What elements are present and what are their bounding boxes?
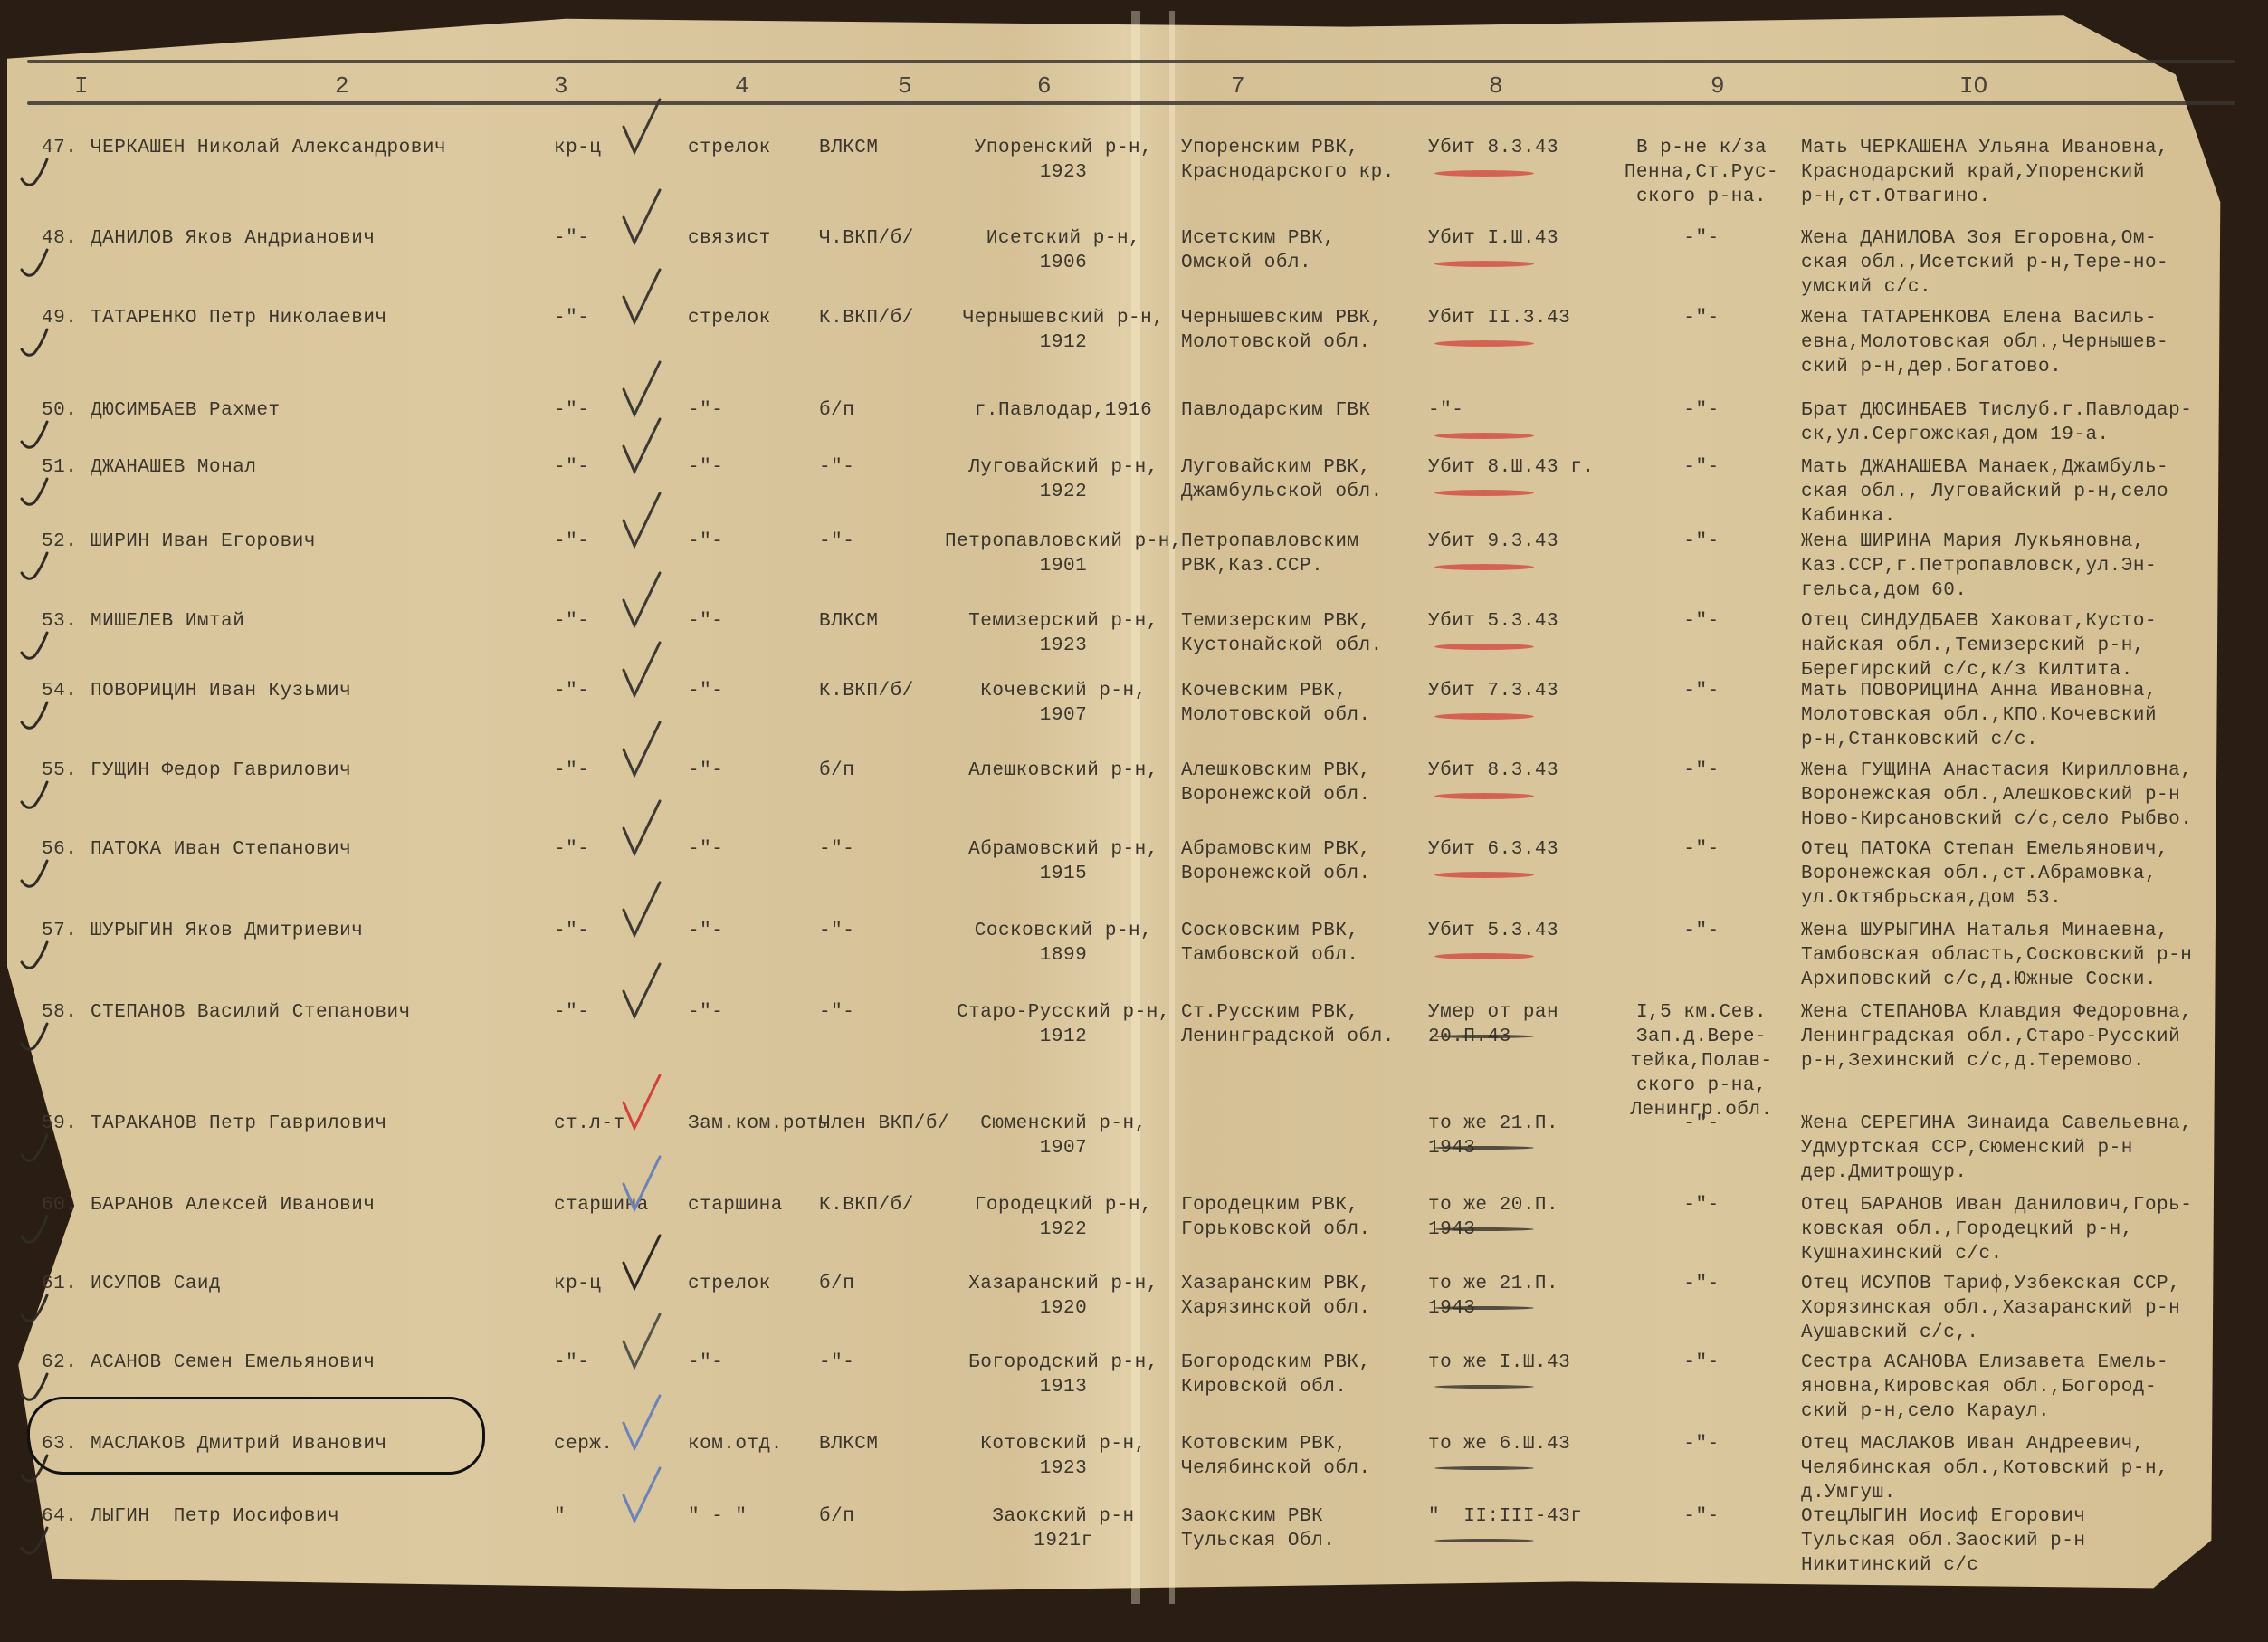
- military-rank: -"-: [554, 919, 589, 943]
- check-mark-icon: [620, 1157, 665, 1211]
- burial-place-line: -"-: [1606, 306, 1796, 330]
- position: -"-: [688, 837, 723, 862]
- position: -"-: [688, 398, 723, 423]
- military-rank: ": [554, 1504, 566, 1529]
- next-of-kin: Мать ПОВОРИЦИНА Анна Ивановна,Молотовска…: [1801, 679, 2157, 752]
- party-membership: -"-: [819, 1000, 854, 1025]
- burial-place-line: -"-: [1606, 837, 1796, 862]
- draft-office: Павлодарским ГВК: [1181, 398, 1371, 423]
- military-rank: -"-: [554, 398, 589, 423]
- next-of-kin-line: Аушавский с/с,.: [1801, 1321, 2180, 1345]
- birthplace-year-line: 1920: [941, 1296, 1186, 1321]
- draft-office-line: Заокским РВК: [1181, 1504, 1335, 1529]
- check-mark-icon: [620, 643, 665, 697]
- position: стрелок: [688, 306, 771, 330]
- next-of-kin-line: умский с/с.: [1801, 275, 2168, 300]
- draft-office: Ст.Русским РВК,Ленинградской обл.: [1181, 1000, 1395, 1049]
- next-of-kin-line: Кушнахинский с/с.: [1801, 1242, 2192, 1266]
- red-pencil-underline: [1434, 793, 1534, 799]
- margin-tick-icon: [18, 416, 54, 453]
- next-of-kin-line: найская обл.,Темизерский р-н,: [1801, 634, 2157, 658]
- military-rank: -"-: [554, 226, 589, 251]
- fate-date-line: Убит II.3.43: [1428, 306, 1570, 330]
- birthplace-year-line: Богородский р-н,: [941, 1351, 1186, 1375]
- birthplace-year-line: 1901: [941, 554, 1186, 578]
- header-top-rule: [27, 60, 2235, 63]
- military-rank: -"-: [554, 837, 589, 862]
- next-of-kin: Жена ТАТАРЕНКОВА Елена Василь-евна,Молот…: [1801, 306, 2168, 379]
- check-mark-icon: [620, 190, 665, 244]
- next-of-kin-line: Мать ЧЕРКАШЕНА Ульяна Ивановна,: [1801, 136, 2168, 160]
- next-of-kin: Жена ГУЩИНА Анастасия Кирилловна,Воронеж…: [1801, 759, 2192, 832]
- burial-place-line: -"-: [1606, 679, 1796, 703]
- draft-office: Исетским РВК,Омской обл.: [1181, 226, 1335, 275]
- check-mark-icon: [620, 964, 665, 1018]
- column-header: 6: [1037, 72, 1052, 100]
- birthplace-year-line: Котовский р-н,: [941, 1432, 1186, 1456]
- next-of-kin-line: ул.Октябрьская,дом 53.: [1801, 886, 2168, 911]
- burial-place-line: -"-: [1606, 226, 1796, 251]
- next-of-kin-line: Воронежская обл.,ст.Абрамовка,: [1801, 862, 2168, 886]
- draft-office: Абрамовским РВК,Воронежской обл.: [1181, 837, 1371, 886]
- next-of-kin-line: Челябинская обл.,Котовский р-н,: [1801, 1456, 2168, 1481]
- fate-date: Убит II.3.43: [1428, 306, 1570, 330]
- draft-office: Котовским РВК,Челябинской обл.: [1181, 1432, 1371, 1481]
- burial-place: -"-: [1606, 398, 1796, 423]
- birthplace-year: Сюменский р-н,1907: [941, 1112, 1186, 1160]
- draft-office-line: Павлодарским ГВК: [1181, 398, 1371, 423]
- pencil-underline: [1434, 1466, 1534, 1470]
- draft-office-line: Абрамовским РВК,: [1181, 837, 1371, 862]
- military-rank: -"-: [554, 759, 589, 783]
- soldier-name: СТЕПАНОВ Василий Степанович: [91, 1000, 411, 1025]
- position: -"-: [688, 759, 723, 783]
- fate-date-line: Убит 8.3.43: [1428, 759, 1558, 783]
- draft-office: Хазаранским РВК,Харязинской обл.: [1181, 1272, 1371, 1321]
- soldier-name: ШУРЫГИН Яков Дмитриевич: [91, 919, 363, 943]
- next-of-kin: Отец СИНДУДБАЕВ Хаковат,Кусто-найская об…: [1801, 609, 2157, 683]
- next-of-kin-line: р-н,ст.Отвагино.: [1801, 185, 2168, 209]
- burial-place-line: ского р-на.: [1606, 185, 1796, 209]
- draft-office-line: Джамбульской обл.: [1181, 480, 1383, 504]
- burial-place: В р-не к/заПенна,Ст.Рус-ского р-на.: [1606, 136, 1796, 209]
- burial-place-line: Пенна,Ст.Рус-: [1606, 160, 1796, 185]
- party-membership: -"-: [819, 919, 854, 943]
- position: -"-: [688, 455, 723, 480]
- birthplace-year: Чернышевский р-н,1912: [941, 306, 1186, 355]
- burial-place-line: -"-: [1606, 530, 1796, 554]
- birthplace-year-line: 1907: [941, 1136, 1186, 1160]
- red-pencil-underline: [1434, 261, 1534, 267]
- next-of-kin-line: ск,ул.Сергожская,дом 19-а.: [1801, 423, 2192, 447]
- soldier-name: ИСУПОВ Саид: [91, 1272, 221, 1296]
- next-of-kin: Мать ДЖАНАШЕВА Манаек,Джамбуль-ская обл.…: [1801, 455, 2168, 529]
- next-of-kin-line: Жена ДАНИЛОВА Зоя Егоровна,Ом-: [1801, 226, 2168, 251]
- draft-office: Заокским РВКТульская Обл.: [1181, 1504, 1335, 1553]
- check-mark-icon: [620, 1075, 665, 1130]
- birthplace-year: Упоренский р-н,1923: [941, 136, 1186, 185]
- next-of-kin-line: Воронежская обл.,Алешковский р-н: [1801, 783, 2192, 807]
- column-header: 5: [898, 72, 912, 100]
- draft-office-line: Упоренским РВК,: [1181, 136, 1395, 160]
- burial-place-line: I,5 км.Сев.: [1606, 1000, 1796, 1025]
- next-of-kin: Отец БАРАНОВ Иван Данилович,Горь-ковская…: [1801, 1193, 2192, 1266]
- draft-office-line: Темизерским РВК,: [1181, 609, 1383, 634]
- draft-office-line: Алешковским РВК,: [1181, 759, 1371, 783]
- soldier-name: ЛЫГИН Петр Иосифович: [91, 1504, 339, 1529]
- fate-date-line: Убит 5.3.43: [1428, 919, 1558, 943]
- draft-office-line: Чернышевским РВК,: [1181, 306, 1383, 330]
- draft-office-line: Ст.Русским РВК,: [1181, 1000, 1395, 1025]
- next-of-kin-line: Никитинский с/с: [1801, 1553, 2085, 1578]
- burial-place-line: -"-: [1606, 1193, 1796, 1217]
- soldier-name: ДАНИЛОВ Яков Андрианович: [91, 226, 375, 251]
- fate-date-line: Убит 8.Ш.43 г.: [1428, 455, 1594, 480]
- fate-date-line: Убит 8.3.43: [1428, 136, 1558, 160]
- soldier-name: ПОВОРИЦИН Иван Кузьмич: [91, 679, 351, 703]
- margin-tick-icon: [18, 1211, 54, 1247]
- next-of-kin-line: Удмуртская ССР,Сюменский р-н: [1801, 1136, 2192, 1160]
- check-mark-icon: [620, 883, 665, 937]
- draft-office-line: Молотовской обл.: [1181, 703, 1371, 728]
- margin-tick-icon: [18, 473, 54, 510]
- birthplace-year: Хазаранский р-н,1920: [941, 1272, 1186, 1321]
- fate-date-line: то же 6.Ш.43: [1428, 1432, 1570, 1456]
- next-of-kin-line: ская обл., Луговайский р-н,село: [1801, 480, 2168, 504]
- soldier-name: БАРАНОВ Алексей Иванович: [91, 1193, 375, 1217]
- position: старшина: [688, 1193, 783, 1217]
- fate-date: Убит 8.3.43: [1428, 136, 1558, 160]
- burial-place: -"-: [1606, 455, 1796, 480]
- party-membership: -"-: [819, 455, 854, 480]
- next-of-kin: Отец МАСЛАКОВ Иван Андреевич,Челябинская…: [1801, 1432, 2168, 1505]
- burial-place: -"-: [1606, 919, 1796, 943]
- birthplace-year-line: Луговайский р-н,: [941, 455, 1186, 480]
- burial-place: I,5 км.Сев.Зап.д.Вере-тейка,Полав-ского …: [1606, 1000, 1796, 1122]
- next-of-kin-line: Отец ПАТОКА Степан Емельянович,: [1801, 837, 2168, 862]
- column-header: 8: [1489, 72, 1503, 100]
- next-of-kin-line: Отец ИСУПОВ Тариф,Узбекская ССР,: [1801, 1272, 2180, 1296]
- burial-place-line: Зап.д.Вере-: [1606, 1025, 1796, 1049]
- header-bottom-rule: [27, 101, 2235, 105]
- check-mark-icon: [620, 362, 665, 416]
- margin-tick-icon: [18, 1290, 54, 1326]
- position: -"-: [688, 1351, 723, 1375]
- draft-office: Упоренским РВК,Краснодарского кр.: [1181, 136, 1395, 185]
- margin-tick-icon: [18, 937, 54, 973]
- next-of-kin-line: Жена ГУЩИНА Анастасия Кирилловна,: [1801, 759, 2192, 783]
- next-of-kin-line: Хорязинская обл.,Хазаранский р-н: [1801, 1296, 2180, 1321]
- burial-place: -"-: [1606, 1432, 1796, 1456]
- birthplace-year: Исетский р-н,1906: [941, 226, 1186, 275]
- next-of-kin: Жена СЕРЕГИНА Зинаида Савельевна,Удмуртс…: [1801, 1112, 2192, 1185]
- military-rank: кр-ц: [554, 1272, 601, 1296]
- next-of-kin-line: евна,Молотовская обл.,Чернышев-: [1801, 330, 2168, 355]
- birthplace-year-line: 1915: [941, 862, 1186, 886]
- check-mark-icon: [620, 419, 665, 473]
- birthplace-year-line: 1913: [941, 1375, 1186, 1399]
- pencil-underline: [1434, 1306, 1534, 1310]
- draft-office-line: Омской обл.: [1181, 251, 1335, 275]
- red-pencil-underline: [1434, 170, 1534, 177]
- position: стрелок: [688, 136, 771, 160]
- fate-date-line: Убит 5.3.43: [1428, 609, 1558, 634]
- burial-place-line: -"-: [1606, 609, 1796, 634]
- birthplace-year-line: Заокский р-н: [941, 1504, 1186, 1529]
- soldier-name: ТАТАРЕНКО Петр Николаевич: [91, 306, 387, 330]
- party-membership: б/п: [819, 759, 854, 783]
- birthplace-year-line: 1906: [941, 251, 1186, 275]
- next-of-kin-line: Ново-Кирсановский с/с,село Рыбво.: [1801, 807, 2192, 832]
- birthplace-year-line: Сюменский р-н,: [941, 1112, 1186, 1136]
- pencil-underline: [1434, 1146, 1534, 1150]
- draft-office: Кочевским РВК,Молотовской обл.: [1181, 679, 1371, 728]
- next-of-kin-line: Краснодарский край,Упоренский: [1801, 160, 2168, 185]
- military-rank: -"-: [554, 1000, 589, 1025]
- fate-date: Убит I.Ш.43: [1428, 226, 1558, 251]
- fate-date: Убит 8.3.43: [1428, 759, 1558, 783]
- fate-date: Убит 7.3.43: [1428, 679, 1558, 703]
- birthplace-year-line: 1922: [941, 480, 1186, 504]
- next-of-kin-line: ОтецЛЫГИН Иосиф Егорович: [1801, 1504, 2085, 1529]
- burial-place-line: -"-: [1606, 1432, 1796, 1456]
- military-rank: серж.: [554, 1432, 614, 1456]
- draft-office: Луговайским РВК,Джамбульской обл.: [1181, 455, 1383, 504]
- red-pencil-underline: [1434, 340, 1534, 347]
- fate-date-line: Убит 6.3.43: [1428, 837, 1558, 862]
- draft-office-line: Луговайским РВК,: [1181, 455, 1383, 480]
- birthplace-year: Луговайский р-н,1922: [941, 455, 1186, 504]
- next-of-kin-line: Тамбовская область,Сосковский р-н: [1801, 943, 2192, 968]
- check-mark-icon: [620, 801, 665, 855]
- birthplace-year-line: 1912: [941, 330, 1186, 355]
- draft-office-line: Воронежской обл.: [1181, 862, 1371, 886]
- next-of-kin-line: Жена ТАТАРЕНКОВА Елена Василь-: [1801, 306, 2168, 330]
- position: ком.отд.: [688, 1432, 783, 1456]
- fate-date-line: то же 21.П.: [1428, 1272, 1558, 1296]
- fate-date: Убит 8.Ш.43 г.: [1428, 455, 1594, 480]
- party-membership: ВЛКСМ: [819, 609, 879, 634]
- check-mark-icon: [620, 100, 665, 154]
- column-header: 2: [335, 72, 349, 100]
- column-header: 7: [1231, 72, 1245, 100]
- fate-date-line: то же 21.П.: [1428, 1112, 1558, 1136]
- military-rank: -"-: [554, 455, 589, 480]
- burial-place: -"-: [1606, 1193, 1796, 1217]
- column-header: 4: [735, 72, 749, 100]
- birthplace-year: Городецкий р-н,1922: [941, 1193, 1186, 1242]
- draft-office-line: РВК,Каз.ССР.: [1181, 554, 1359, 578]
- birthplace-year: Старо-Русский р-н,1912: [941, 1000, 1186, 1049]
- next-of-kin-line: яновна,Кировская обл.,Богород-: [1801, 1375, 2168, 1399]
- position: -"-: [688, 1000, 723, 1025]
- pencil-underline: [1434, 1227, 1534, 1231]
- birthplace-year-line: 1899: [941, 943, 1186, 968]
- next-of-kin: Брат ДЮСИНБАЕВ Тислуб.г.Павлодар-ск,ул.С…: [1801, 398, 2192, 447]
- red-pencil-underline: [1434, 433, 1534, 439]
- next-of-kin-line: ковская обл.,Городецкий р-н,: [1801, 1217, 2192, 1242]
- fate-date-line: Убит I.Ш.43: [1428, 226, 1558, 251]
- draft-office-line: Кочевским РВК,: [1181, 679, 1371, 703]
- birthplace-year-line: г.Павлодар,1916: [941, 398, 1186, 423]
- check-mark-icon: [620, 1314, 665, 1369]
- military-rank: -"-: [554, 530, 589, 554]
- margin-tick-icon: [18, 697, 54, 733]
- next-of-kin-line: Брат ДЮСИНБАЕВ Тислуб.г.Павлодар-: [1801, 398, 2192, 423]
- position: -"-: [688, 530, 723, 554]
- position: -"-: [688, 919, 723, 943]
- fate-date: -"-: [1428, 398, 1463, 423]
- draft-office-line: Горьковской обл.: [1181, 1217, 1371, 1242]
- fate-date: то же 6.Ш.43: [1428, 1432, 1570, 1456]
- margin-tick-icon: [18, 1130, 54, 1166]
- birthplace-year: Абрамовский р-н,1915: [941, 837, 1186, 886]
- fate-date-line: Убит 7.3.43: [1428, 679, 1558, 703]
- birthplace-year-line: 1921г: [941, 1529, 1186, 1553]
- party-membership: б/п: [819, 1272, 854, 1296]
- position: " - ": [688, 1504, 748, 1529]
- check-mark-icon: [620, 722, 665, 777]
- burial-place: -"-: [1606, 1351, 1796, 1375]
- next-of-kin-line: Отец СИНДУДБАЕВ Хаковат,Кусто-: [1801, 609, 2157, 634]
- draft-office: Сосковским РВК,Тамбовской обл.: [1181, 919, 1359, 968]
- next-of-kin-line: ская обл.,Исетский р-н,Тере-но-: [1801, 251, 2168, 275]
- margin-tick-icon: [18, 1018, 54, 1055]
- draft-office-line: Исетским РВК,: [1181, 226, 1335, 251]
- party-membership: Член ВКП/б/: [819, 1112, 949, 1136]
- fate-date: то же 21.П.1943: [1428, 1272, 1558, 1321]
- draft-office-line: Харязинской обл.: [1181, 1296, 1371, 1321]
- soldier-name: ПАТОКА Иван Степанович: [91, 837, 351, 862]
- burial-place: -"-: [1606, 1504, 1796, 1529]
- next-of-kin: Отец ПАТОКА Степан Емельянович,Воронежск…: [1801, 837, 2168, 911]
- draft-office-line: Челябинской обл.: [1181, 1456, 1371, 1481]
- birthplace-year: Петропавловский р-н,1901: [941, 530, 1186, 578]
- fate-date: то же 21.П.1943: [1428, 1112, 1558, 1160]
- military-rank: -"-: [554, 609, 589, 634]
- position: Зам.ком.роты: [688, 1112, 830, 1136]
- party-membership: Ч.ВКП/б/: [819, 226, 914, 251]
- draft-office-line: Кировской обл.: [1181, 1375, 1371, 1399]
- birthplace-year-line: Петропавловский р-н,: [941, 530, 1186, 554]
- party-membership: К.ВКП/б/: [819, 679, 914, 703]
- fate-date: " II:III-43г: [1428, 1504, 1582, 1529]
- soldier-name: ДЮСИМБАЕВ Рахмет: [91, 398, 281, 423]
- draft-office-line: Молотовской обл.: [1181, 330, 1383, 355]
- burial-place: -"-: [1606, 609, 1796, 634]
- birthplace-year-line: Городецкий р-н,: [941, 1193, 1186, 1217]
- fate-date-line: то же 20.П.: [1428, 1193, 1558, 1217]
- draft-office-line: Тульская Обл.: [1181, 1529, 1335, 1553]
- birthplace-year-line: 1922: [941, 1217, 1186, 1242]
- column-header: I: [74, 72, 89, 100]
- burial-place: -"-: [1606, 679, 1796, 703]
- birthplace-year-line: Абрамовский р-н,: [941, 837, 1186, 862]
- next-of-kin: Жена ШУРЫГИНА Наталья Минаевна,Тамбовска…: [1801, 919, 2192, 992]
- fate-date: Убит 9.3.43: [1428, 530, 1558, 554]
- fate-date: то же 20.П.1943: [1428, 1193, 1558, 1242]
- draft-office-line: Тамбовской обл.: [1181, 943, 1359, 968]
- column-header: 3: [554, 72, 568, 100]
- position: -"-: [688, 609, 723, 634]
- draft-office: Алешковским РВК,Воронежской обл.: [1181, 759, 1371, 807]
- position: связист: [688, 226, 771, 251]
- birthplace-year-line: 1912: [941, 1025, 1186, 1049]
- column-header: 9: [1711, 72, 1725, 100]
- margin-tick-icon: [18, 777, 54, 813]
- draft-office-line: Котовским РВК,: [1181, 1432, 1371, 1456]
- birthplace-year: Темизерский р-н,1923: [941, 609, 1186, 658]
- next-of-kin-line: Тульская обл.Заоский р-н: [1801, 1529, 2085, 1553]
- burial-place: -"-: [1606, 226, 1796, 251]
- pencil-underline: [1434, 1385, 1534, 1389]
- draft-office-line: Сосковским РВК,: [1181, 919, 1359, 943]
- burial-place: -"-: [1606, 530, 1796, 554]
- next-of-kin-line: Жена СТЕПАНОВА Клавдия Федоровна,: [1801, 1000, 2192, 1025]
- burial-place-line: -"-: [1606, 919, 1796, 943]
- draft-office-line: Богородским РВК,: [1181, 1351, 1371, 1375]
- draft-office: Богородским РВК,Кировской обл.: [1181, 1351, 1371, 1399]
- burial-place-line: -"-: [1606, 1504, 1796, 1529]
- fate-date: Убит 5.3.43: [1428, 609, 1558, 634]
- next-of-kin: Жена ШИРИНА Мария Лукьяновна,Каз.ССР,г.П…: [1801, 530, 2157, 603]
- fate-date: Убит 5.3.43: [1428, 919, 1558, 943]
- burial-place-line: -"-: [1606, 1112, 1796, 1136]
- birthplace-year-line: 1923: [941, 1456, 1186, 1481]
- next-of-kin: Жена СТЕПАНОВА Клавдия Федоровна,Ленингр…: [1801, 1000, 2192, 1074]
- draft-office-line: Ленинградской обл.: [1181, 1025, 1395, 1049]
- next-of-kin: Отец ИСУПОВ Тариф,Узбекская ССР,Хорязинс…: [1801, 1272, 2180, 1345]
- next-of-kin-line: Мать ПОВОРИЦИНА Анна Ивановна,: [1801, 679, 2157, 703]
- birthplace-year-line: Исетский р-н,: [941, 226, 1186, 251]
- birthplace-year-line: Чернышевский р-н,: [941, 306, 1186, 330]
- burial-place: -"-: [1606, 759, 1796, 783]
- draft-office: Темизерским РВК,Кустонайской обл.: [1181, 609, 1383, 658]
- party-membership: ВЛКСМ: [819, 136, 879, 160]
- birthplace-year-line: Кочевский р-н,: [941, 679, 1186, 703]
- soldier-name: МИШЕЛЕВ Имтай: [91, 609, 244, 634]
- red-pencil-underline: [1434, 872, 1534, 878]
- draft-office-line: Петропавловским: [1181, 530, 1359, 554]
- party-membership: ВЛКСМ: [819, 1432, 879, 1456]
- check-mark-icon: [620, 573, 665, 627]
- position: стрелок: [688, 1272, 771, 1296]
- burial-place-line: ского р-на,: [1606, 1074, 1796, 1098]
- fate-date-line: Умер от ран: [1428, 1000, 1558, 1025]
- check-mark-icon: [620, 1468, 665, 1523]
- next-of-kin-line: Кабинка.: [1801, 504, 2168, 529]
- burial-place: -"-: [1606, 306, 1796, 330]
- draft-office: Городецким РВК,Горьковской обл.: [1181, 1193, 1371, 1242]
- burial-place: -"-: [1606, 1112, 1796, 1136]
- fate-date-line: " II:III-43г: [1428, 1504, 1582, 1529]
- column-header: IO: [1959, 72, 1987, 100]
- fate-date-line: Убит 9.3.43: [1428, 530, 1558, 554]
- next-of-kin: ОтецЛЫГИН Иосиф ЕгоровичТульская обл.Зао…: [1801, 1504, 2085, 1578]
- next-of-kin-line: р-н,Зехинский с/с,д.Теремово.: [1801, 1049, 2192, 1074]
- draft-office-line: Воронежской обл.: [1181, 783, 1371, 807]
- margin-tick-icon: [18, 244, 54, 281]
- next-of-kin-line: р-н,Станковский с/с.: [1801, 728, 2157, 752]
- next-of-kin-line: дер.Дмитрощур.: [1801, 1160, 2192, 1185]
- soldier-name: ШИРИН Иван Егорович: [91, 530, 316, 554]
- draft-office-line: Кустонайской обл.: [1181, 634, 1383, 658]
- party-membership: -"-: [819, 1351, 854, 1375]
- soldier-name: ТАРАКАНОВ Петр Гаврилович: [91, 1112, 387, 1136]
- birthplace-year: Заокский р-н1921г: [941, 1504, 1186, 1553]
- military-rank: кр-ц: [554, 136, 601, 160]
- position: -"-: [688, 679, 723, 703]
